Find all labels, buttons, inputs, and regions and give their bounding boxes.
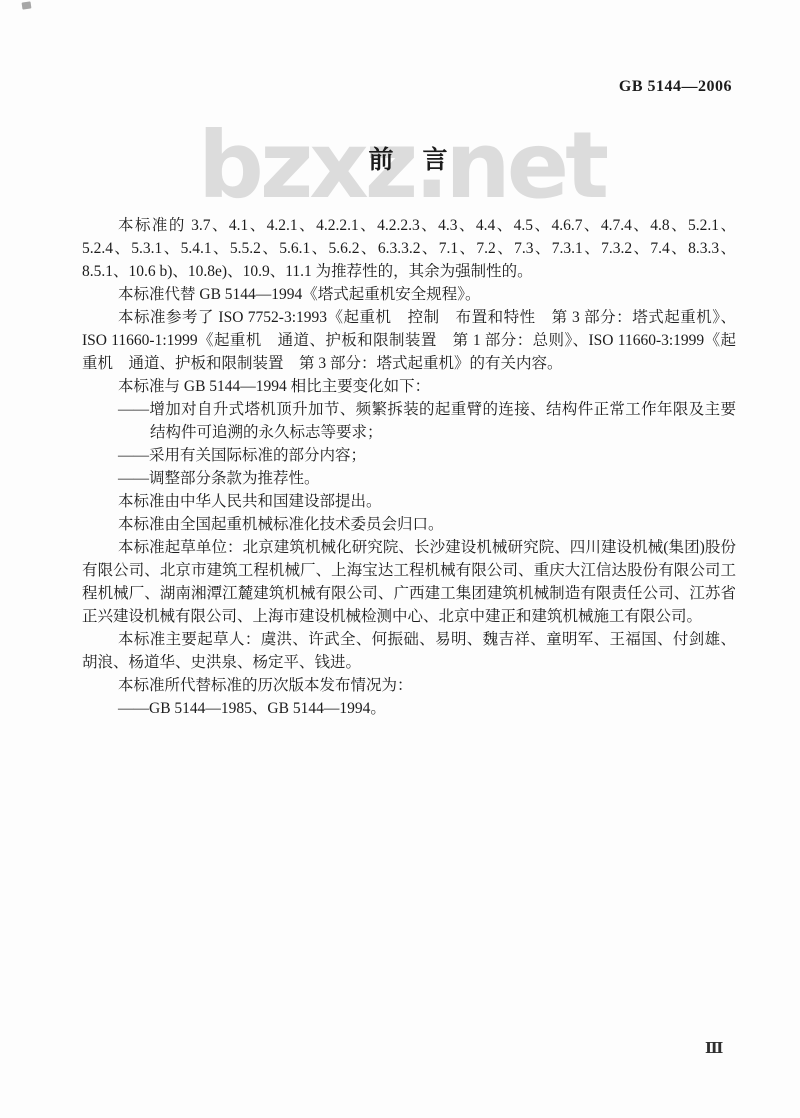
change-item: ——采用有关国际标准的部分内容； [82, 444, 736, 467]
paragraph-committee: 本标准由全国起重机械标准化技术委员会归口。 [82, 513, 736, 536]
paragraph-drafters: 本标准主要起草人：虞洪、许武全、何振础、易明、魏吉祥、童明军、王福国、付剑雄、胡… [82, 628, 736, 674]
standard-code-header: GB 5144—2006 [619, 78, 732, 96]
paragraph-scope: 本标准的 3.7、4.1、4.2.1、4.2.2.1、4.2.2.3、4.3、4… [82, 214, 736, 283]
document-page: GB 5144—2006 bzxz.net 前 言 本标准的 3.7、4.1、4… [0, 0, 800, 1118]
page-title: 前 言 [82, 140, 736, 176]
paragraph-changes-intro: 本标准与 GB 5144—1994 相比主要变化如下： [82, 375, 736, 398]
paragraph-history-intro: 本标准所代替标准的历次版本发布情况为： [82, 674, 736, 697]
change-item: ——增加对自升式塔机顶升加节、频繁拆装的起重臂的连接、结构件正常工作年限及主要结… [82, 398, 736, 444]
paragraph-replaces: 本标准代替 GB 5144—1994《塔式起重机安全规程》。 [82, 283, 736, 306]
history-item: ——GB 5144—1985、GB 5144—1994。 [82, 697, 736, 720]
foreword-body: 本标准的 3.7、4.1、4.2.1、4.2.2.1、4.2.2.3、4.3、4… [82, 214, 736, 720]
paragraph-proposed-by: 本标准由中华人民共和国建设部提出。 [82, 490, 736, 513]
scan-artifact [22, 1, 32, 9]
paragraph-references: 本标准参考了 ISO 7752-3:1993《起重机 控制 布置和特性 第 3 … [82, 306, 736, 375]
page-number: Ⅲ [705, 1039, 723, 1058]
paragraph-drafting-units: 本标准起草单位：北京建筑机械化研究院、长沙建设机械研究院、四川建设机械(集团)股… [82, 536, 736, 628]
change-item: ——调整部分条款为推荐性。 [82, 467, 736, 490]
